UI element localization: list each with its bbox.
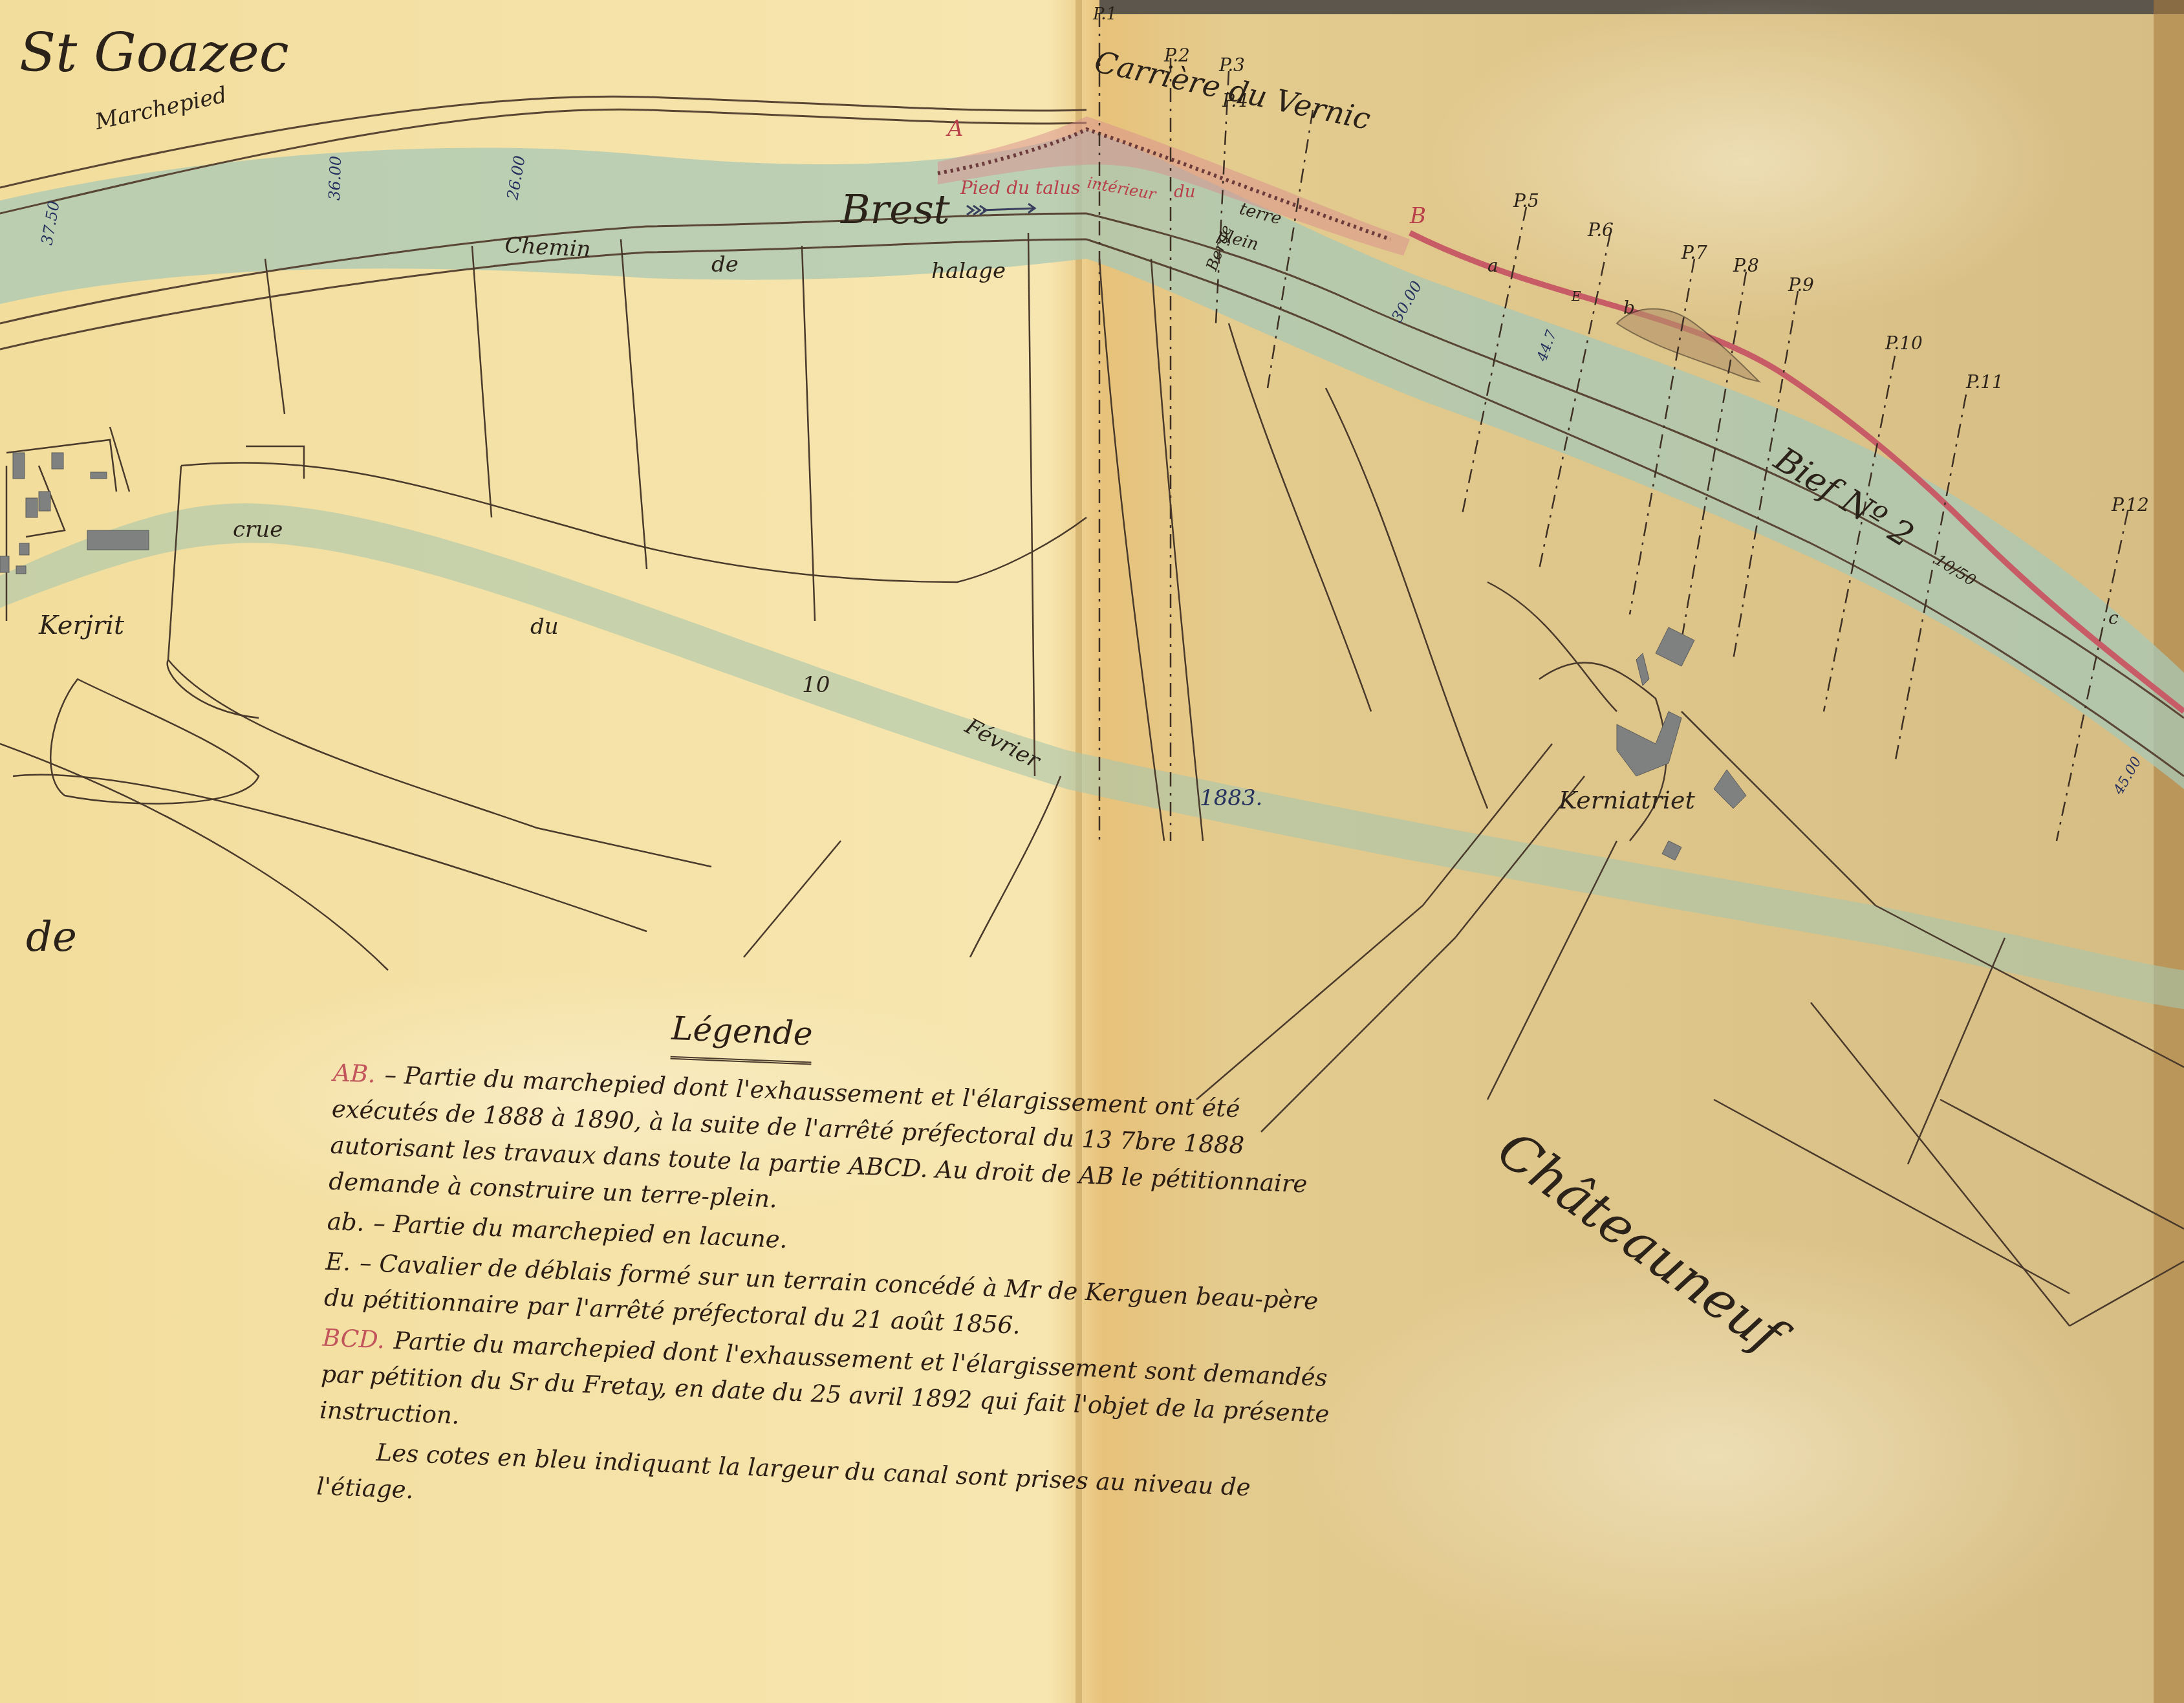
building xyxy=(52,453,63,469)
profile-label: P.11 xyxy=(1965,371,2004,393)
legend-key: ab. xyxy=(327,1208,365,1237)
canal-width-label: 36.00 xyxy=(325,156,345,201)
profile-label: P.7 xyxy=(1681,242,1707,263)
right-edge-shadow xyxy=(2154,0,2184,1703)
halage-label: halage xyxy=(931,258,1006,284)
flood-label-crue: crue xyxy=(233,517,283,543)
point-label-c: c xyxy=(2108,607,2119,629)
flood-label-du: du xyxy=(530,614,559,640)
building xyxy=(87,530,149,550)
profile-label: P.6 xyxy=(1587,219,1614,241)
place-label-de: de xyxy=(26,913,77,961)
point-label-e: E xyxy=(1571,288,1581,304)
profile-label: P.9 xyxy=(1788,274,1814,296)
pied-du-talus-label: Pied du talus xyxy=(960,177,1080,199)
building xyxy=(26,498,38,517)
place-label-kerniatriet: Kerniatriet xyxy=(1558,786,1695,814)
building xyxy=(91,472,107,479)
point-label-b-upper: B xyxy=(1409,203,1426,229)
brest-direction-label: Brest xyxy=(840,186,950,233)
point-label-a-upper: A xyxy=(946,116,964,142)
legend-title: Légende xyxy=(670,1010,813,1065)
point-label-a: a xyxy=(1487,255,1498,276)
building xyxy=(19,543,29,555)
legend-block: Légende AB.– Partie du marchepied dont l… xyxy=(316,996,1344,1545)
legend-key: AB. xyxy=(332,1059,376,1089)
building xyxy=(16,566,26,574)
building xyxy=(0,556,9,572)
point-label-b: b xyxy=(1623,297,1635,318)
flood-label-day: 10 xyxy=(802,672,830,698)
profile-label: P.3 xyxy=(1218,54,1245,76)
chemin-de-label: de xyxy=(711,252,739,277)
profile-label: P.12 xyxy=(2111,494,2149,515)
profile-label: P.5 xyxy=(1513,190,1539,212)
profile-label: P.10 xyxy=(1885,332,1923,354)
profile-label: P.8 xyxy=(1733,255,1759,276)
legend-key: BCD. xyxy=(322,1324,385,1354)
place-label-kerjrit: Kerjrit xyxy=(38,611,125,640)
building xyxy=(39,492,50,511)
flood-label-year: 1883. xyxy=(1200,785,1262,811)
profile-label: P.2 xyxy=(1163,45,1190,66)
profile-label: P.4 xyxy=(1222,90,1248,111)
profile-label: P.1 xyxy=(1092,5,1117,24)
legend-text: – Partie du marchepied en lacune. xyxy=(373,1209,788,1254)
chemin-label: Chemin xyxy=(504,232,592,263)
building xyxy=(13,453,25,479)
legend-key: E. xyxy=(325,1248,351,1277)
place-label-goazec: St Goazec xyxy=(19,23,289,84)
du-label: du xyxy=(1174,182,1195,202)
legend-text: – Partie du marchepied dont l'exhausseme… xyxy=(329,1061,1308,1213)
